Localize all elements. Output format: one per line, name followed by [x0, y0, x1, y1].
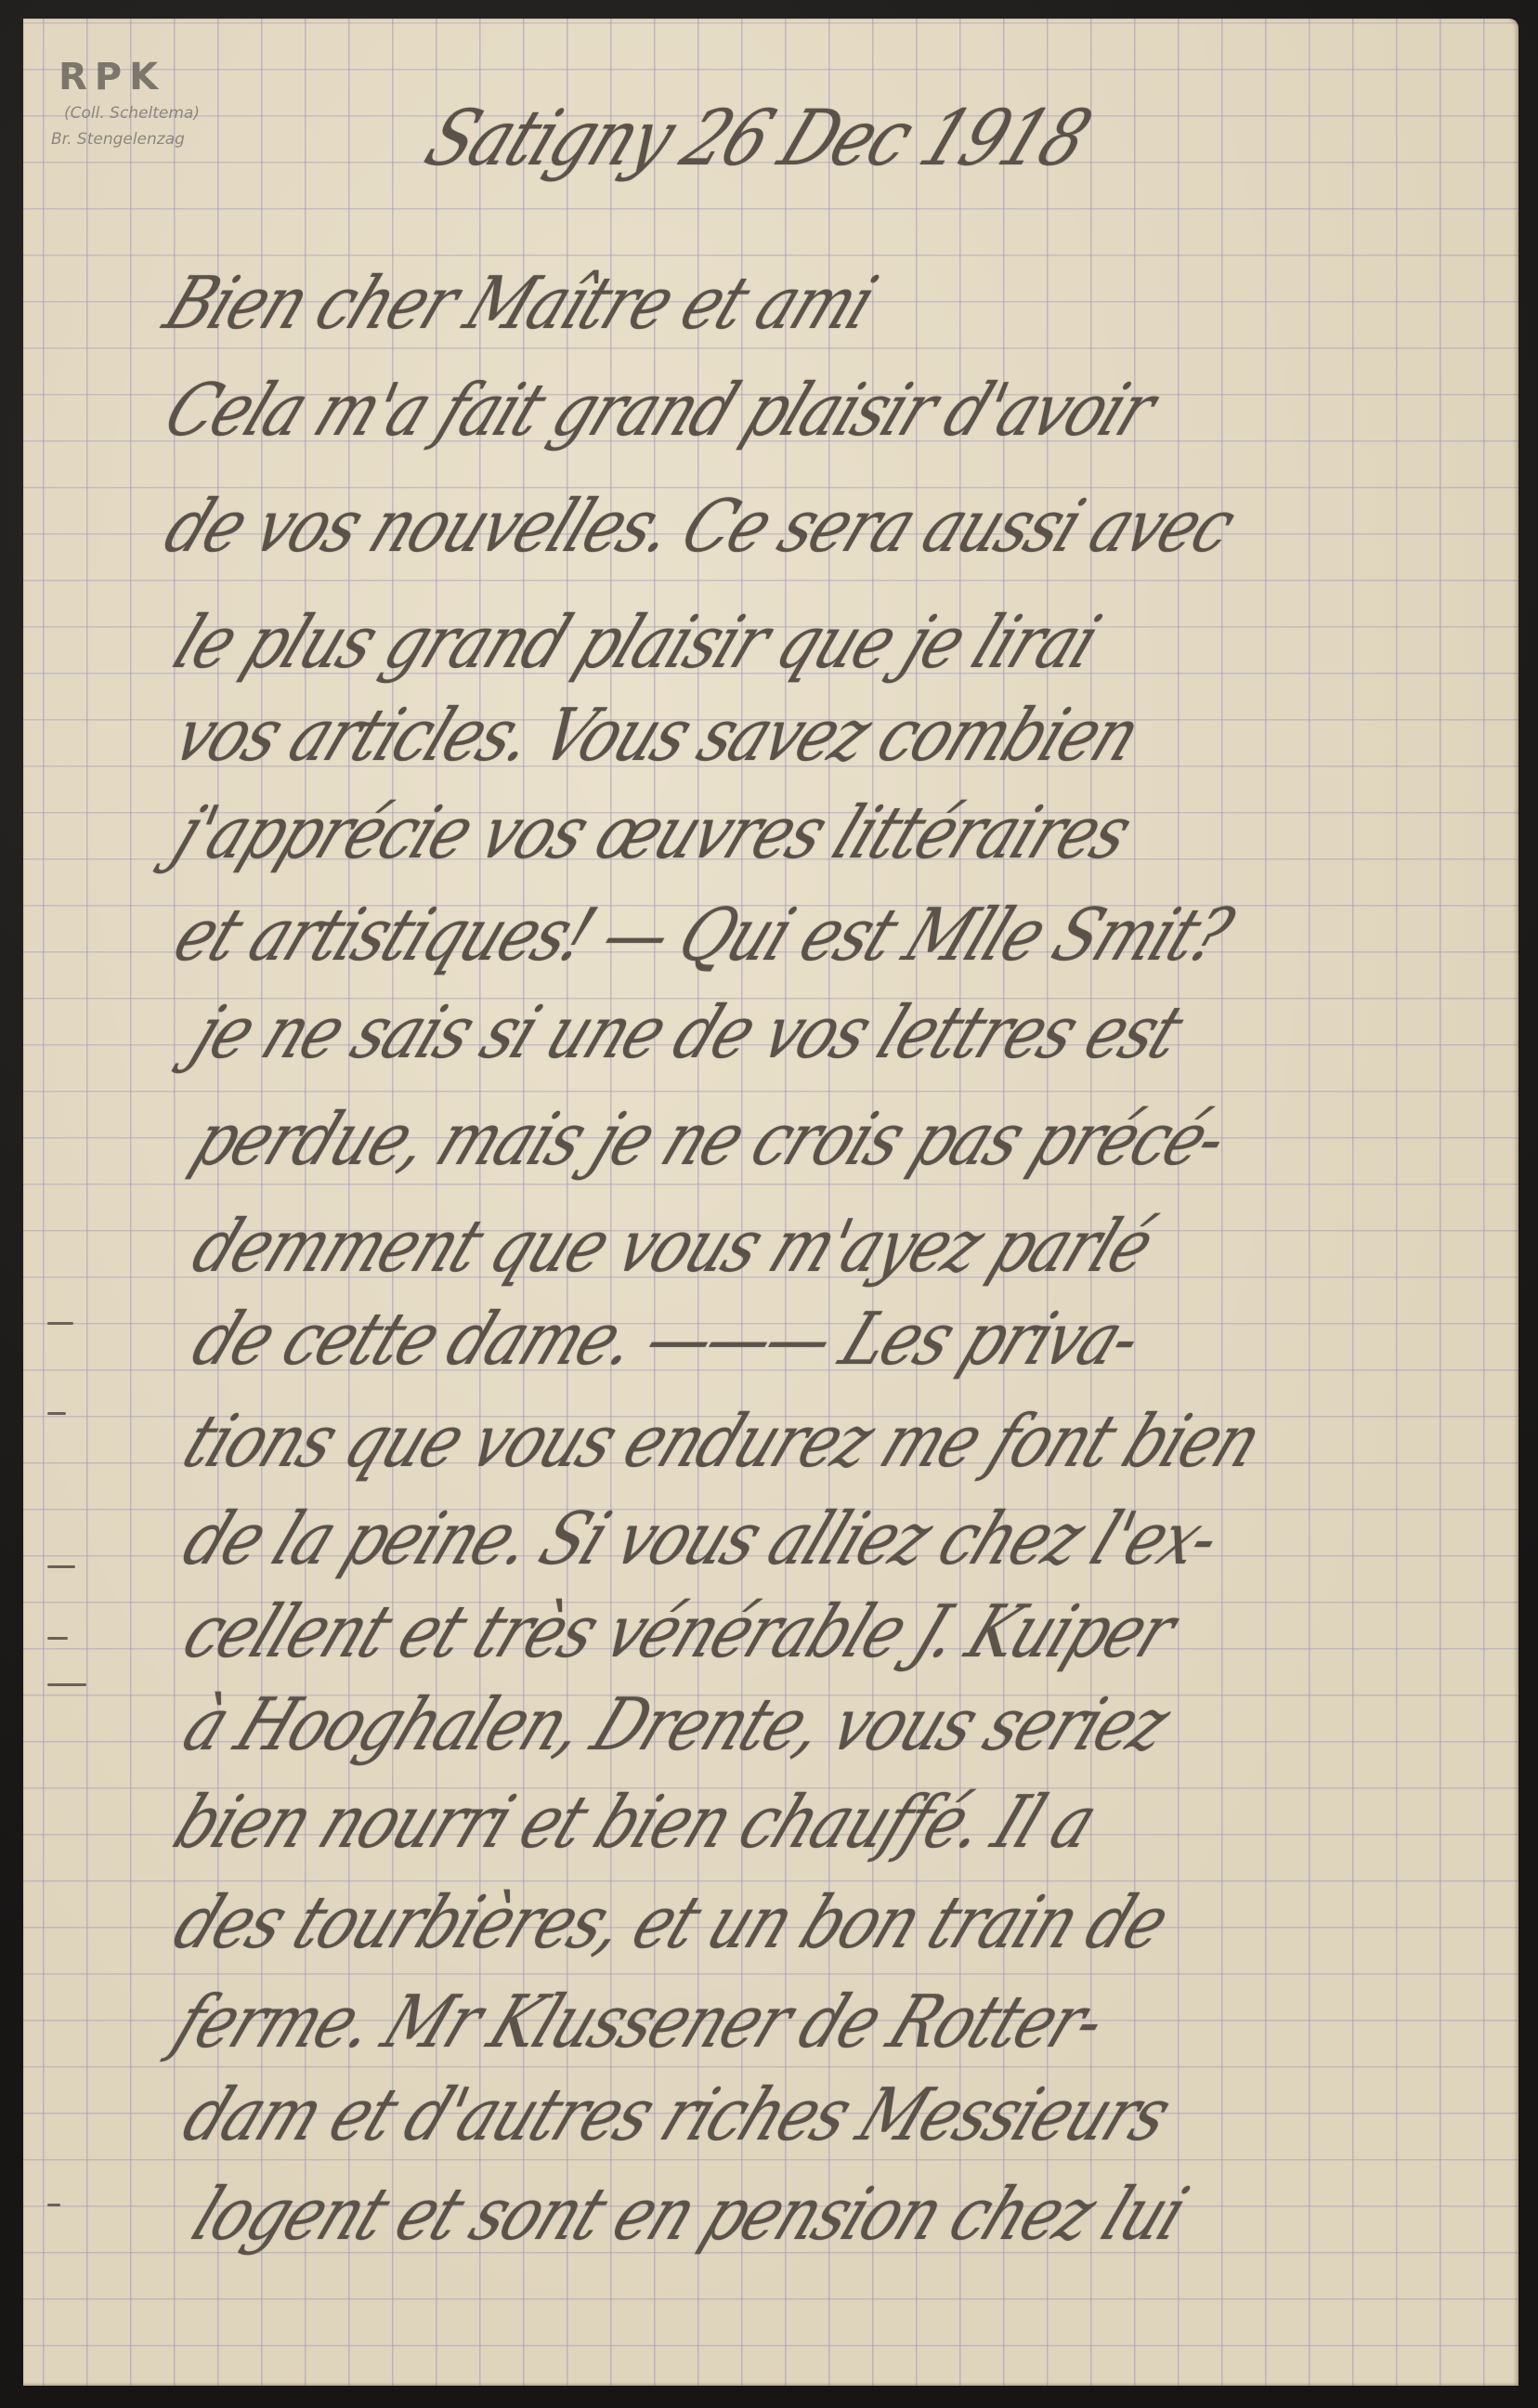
letter-line: tions que vous endurez me font bien	[172, 1399, 1272, 1484]
letter-line: cellent et très vénérable J. Kuiper	[172, 1590, 1186, 1674]
letter-line: des tourbières, et un bon train de	[163, 1880, 1180, 1965]
letter-line: j'apprécie vos œuvres littéraires	[163, 791, 1142, 875]
margin-mark	[47, 1322, 73, 1325]
margin-mark	[47, 1565, 75, 1568]
salutation: Bien cher Maître et ami	[153, 261, 887, 346]
archive-stamp: RPK	[59, 56, 165, 98]
margin-mark	[47, 2204, 60, 2206]
date-line: Satigny 26 Dec 1918	[413, 93, 1101, 183]
letter-line: vos articles. Vous savez combien	[163, 693, 1151, 778]
letter-page: RPK (Coll. Scheltema) Br. Stengelenzag S…	[23, 19, 1518, 2386]
letter-line: de vos nouvelles. Ce sera aussi avec	[153, 484, 1246, 569]
letter-line: et artistiques! — Qui est Mlle Smit?	[163, 893, 1243, 977]
letter-line: ferme. Mr Klussener de Rotter-	[163, 1980, 1116, 2064]
margin-mark	[47, 1412, 66, 1415]
pencil-note-collection: (Coll. Scheltema)	[64, 104, 200, 123]
letter-line: je ne sais si une de vos lettres est	[181, 990, 1193, 1075]
letter-line: demment que vous m'ayez parlé	[181, 1204, 1165, 1289]
margin-mark	[47, 1683, 86, 1686]
pencil-note-reference: Br. Stengelenzag	[51, 130, 185, 149]
letter-line: Cela m'a fait grand plaisir d'avoir	[153, 368, 1167, 452]
letter-line: le plus grand plaisir que je lirai	[163, 600, 1110, 685]
letter-line: bien nourri et bien chauffé. Il a	[163, 1780, 1108, 1865]
letter-line: perdue, mais je ne crois pas précé-	[181, 1097, 1238, 1182]
margin-mark	[47, 1637, 68, 1640]
letter-line: de la peine. Si vous alliez chez l'ex-	[172, 1497, 1232, 1581]
letter-line: dam et d'autres riches Messieurs	[172, 2073, 1181, 2157]
letter-line: de cette dame. ——— Les priva-	[181, 1297, 1153, 1381]
letter-line: logent et sont en pension chez lui	[181, 2172, 1198, 2257]
letter-line: à Hooghalen, Drente, vous seriez	[172, 1682, 1180, 1767]
